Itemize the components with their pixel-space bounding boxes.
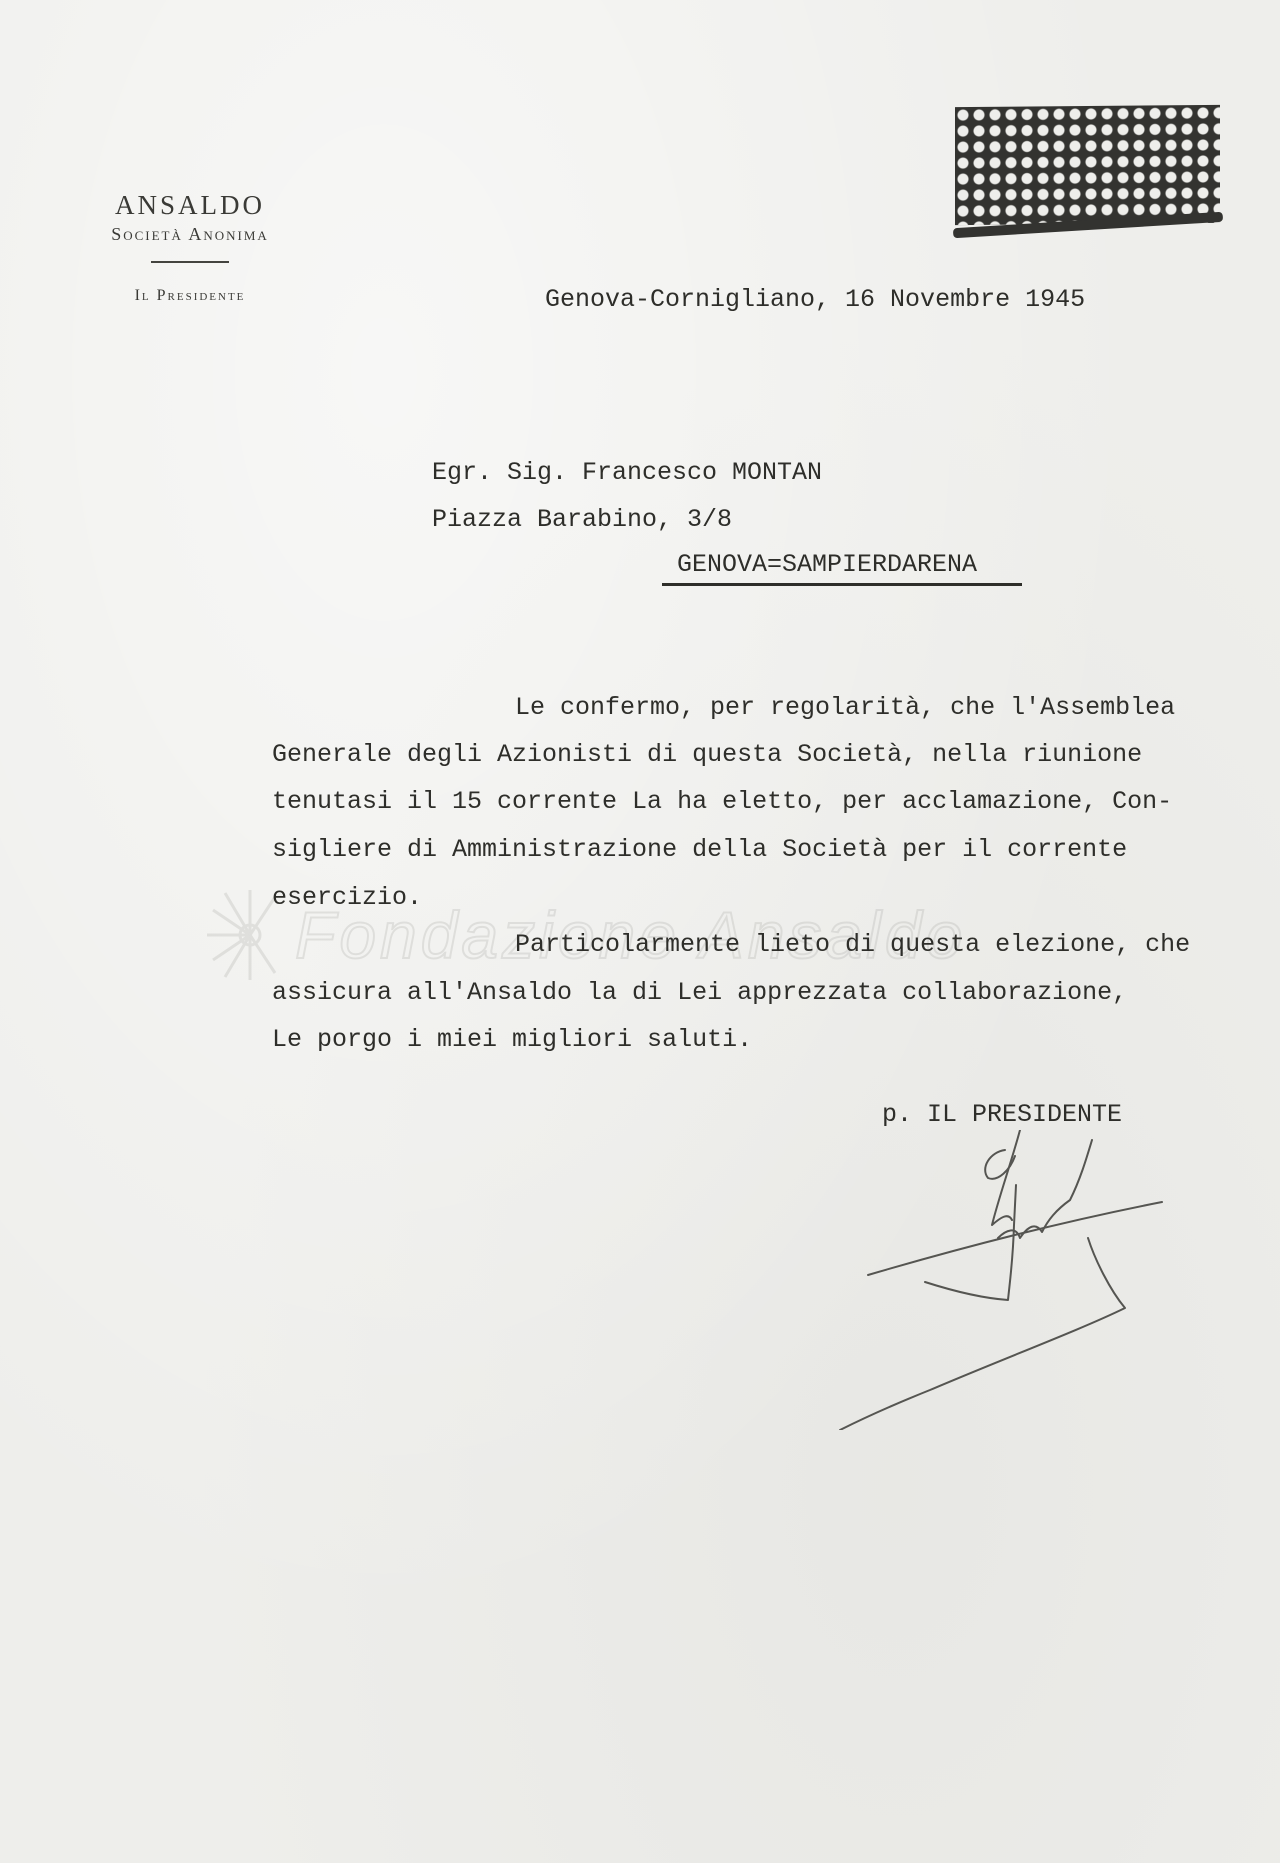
company-name: ANSALDO [55, 190, 325, 220]
body-line: Le porgo i miei migliori saluti. [272, 1025, 752, 1054]
body-line: Particolarmente lieto di questa elezione… [515, 930, 1190, 959]
recipient-name: Egr. Sig. Francesco MONTAN [432, 458, 822, 487]
body-line: tenutasi il 15 corrente La ha eletto, pe… [272, 787, 1172, 816]
body-line: Generale degli Azionisti di questa Socie… [272, 740, 1142, 769]
recipient-street: Piazza Barabino, 3/8 [432, 505, 732, 534]
handwritten-signature-icon [780, 1130, 1200, 1430]
letterhead-divider [151, 261, 229, 263]
censor-stamp-icon [955, 105, 1220, 225]
body-line: esercizio. [272, 883, 422, 912]
recipient-city: GENOVA=SAMPIERDARENA [677, 550, 977, 579]
body-line: assicura all'Ansaldo la di Lei apprezzat… [272, 978, 1127, 1007]
company-type: Società Anonima [55, 224, 325, 245]
document-page: ANSALDO Società Anonima Il Presidente Ge… [0, 0, 1280, 1863]
recipient-city-underline [662, 583, 1022, 586]
date-line: Genova-Cornigliano, 16 Novembre 1945 [545, 285, 1085, 314]
signatory-title: p. IL PRESIDENTE [882, 1100, 1122, 1129]
letterhead-title: Il Presidente [55, 287, 325, 305]
body-line: sigliere di Amministrazione della Societ… [272, 835, 1127, 864]
letterhead: ANSALDO Società Anonima Il Presidente [55, 190, 325, 305]
body-line: Le confermo, per regolarità, che l'Assem… [515, 693, 1175, 722]
